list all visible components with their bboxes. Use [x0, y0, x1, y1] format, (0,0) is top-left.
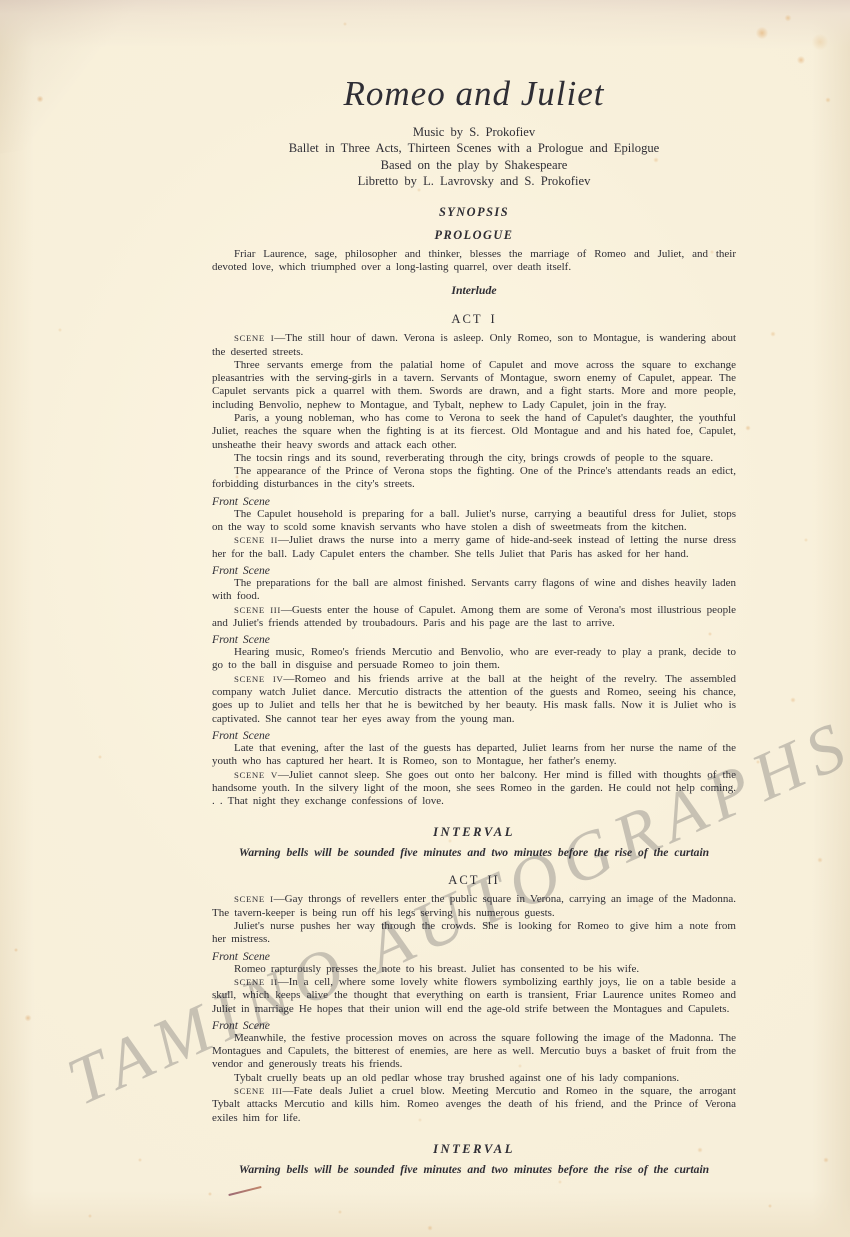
scene-label: Scene I: [234, 333, 274, 343]
credit-music: Music by S. Prokofiev: [212, 124, 736, 140]
program-page: TAMINO AUTOGRAPHS Romeo and Juliet Music…: [0, 0, 850, 1237]
front-block: Front Scene: [212, 633, 736, 646]
para-block: Hearing music, Romeo's friends Mercutio …: [212, 646, 736, 673]
scene-label: Scene III: [234, 1086, 283, 1096]
para-block: Three servants emerge from the palatial …: [212, 359, 736, 412]
scene-paragraph: Scene V—Juliet cannot sleep. She goes ou…: [212, 769, 736, 809]
scene-paragraph: Scene III—Fate deals Juliet a cruel blow…: [212, 1085, 736, 1125]
page-content: Romeo and Juliet Music by S. Prokofiev B…: [212, 74, 736, 1190]
act-block: ACT II: [212, 873, 736, 888]
interlude-block: Interlude: [212, 283, 736, 298]
front-block: Front Scene: [212, 564, 736, 577]
warning-block: Warning bells will be sounded five minut…: [212, 1163, 736, 1176]
para-block: The appearance of the Prince of Verona s…: [212, 465, 736, 492]
warning-block: Warning bells will be sounded five minut…: [212, 846, 736, 859]
scene-paragraph: Scene I—Gay throngs of revellers enter t…: [212, 893, 736, 920]
para-block: The Capulet household is preparing for a…: [212, 508, 736, 535]
credit-source: Based on the play by Shakespeare: [212, 157, 736, 173]
para-block: Paris, a young nobleman, who has come to…: [212, 412, 736, 452]
para-block: Juliet's nurse pushes her way through th…: [212, 920, 736, 947]
front-block: Front Scene: [212, 1019, 736, 1032]
para-block: Romeo rapturously presses the note to hi…: [212, 963, 736, 976]
front-block: Front Scene: [212, 950, 736, 963]
front-block: Front Scene: [212, 495, 736, 508]
scene-paragraph: Scene II—Juliet draws the nurse into a m…: [212, 534, 736, 561]
para-block: Friar Laurence, sage, philosopher and th…: [212, 248, 736, 275]
para-block: Meanwhile, the festive procession moves …: [212, 1032, 736, 1072]
interval-block: INTERVAL: [212, 1142, 736, 1157]
credit-structure: Ballet in Three Acts, Thirteen Scenes wi…: [212, 140, 736, 156]
scene-label: Scene IV: [234, 674, 283, 684]
scene-label: Scene II: [234, 535, 278, 545]
para-block: The preparations for the ball are almost…: [212, 577, 736, 604]
scene-paragraph: Scene IV—Romeo and his friends arrive at…: [212, 673, 736, 726]
act-block: ACT I: [212, 312, 736, 327]
scene-label: Scene II: [234, 977, 278, 987]
synopsis-heading: SYNOPSIS: [212, 205, 736, 220]
scene-label: Scene I: [234, 894, 274, 904]
para-block: Tybalt cruelly beats up an old pedlar wh…: [212, 1072, 736, 1085]
interval-block: INTERVAL: [212, 825, 736, 840]
page-title: Romeo and Juliet: [212, 74, 736, 114]
scene-paragraph: Scene II—In a cell, where some lovely wh…: [212, 976, 736, 1016]
para-block: The tocsin rings and its sound, reverber…: [212, 452, 736, 465]
credit-libretto: Libretto by L. Lavrovsky and S. Prokofie…: [212, 173, 736, 189]
scene-label: Scene III: [234, 605, 281, 615]
heading-block: PROLOGUE: [212, 228, 736, 243]
front-block: Front Scene: [212, 729, 736, 742]
scene-paragraph: Scene I—The still hour of dawn. Verona i…: [212, 332, 736, 359]
para-block: Late that evening, after the last of the…: [212, 742, 736, 769]
scene-label: Scene V: [234, 770, 278, 780]
paper-crease: [0, 0, 233, 157]
synopsis-body: PROLOGUEFriar Laurence, sage, philosophe…: [212, 228, 736, 1176]
scene-paragraph: Scene III—Guests enter the house of Capu…: [212, 604, 736, 631]
